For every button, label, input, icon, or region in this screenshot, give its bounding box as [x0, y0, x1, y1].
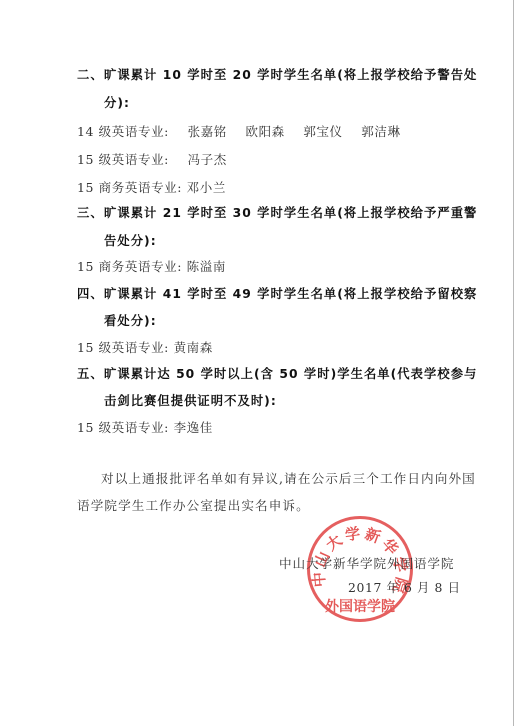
list-item: 15 级英语专业: 冯子杰 — [77, 152, 241, 168]
list-item: 15 商务英语专业: 陈溢南 — [77, 259, 226, 275]
major-label: 15 商务英语专业: — [77, 180, 182, 195]
major-label: 15 级英语专业: — [77, 152, 169, 167]
major-label: 15 商务英语专业: — [77, 259, 182, 274]
section-heading: 旷课累计 10 学时至 20 学时学生名单(将上报学校给予警告处 — [104, 67, 477, 83]
major-label: 15 级英语专业: — [77, 420, 169, 435]
student-name: 陈溢南 — [187, 259, 226, 274]
section-heading-cont: 看处分): — [104, 313, 157, 329]
student-name: 张嘉铭 — [188, 124, 227, 139]
student-name: 郭洁琳 — [361, 124, 400, 139]
student-name: 黄南森 — [174, 340, 213, 355]
section-number: 四、 — [77, 286, 104, 302]
list-item: 14 级英语专业: 张嘉铭 欧阳森 郭宝仪 郭洁琳 — [77, 124, 415, 140]
notice-line-1: 对以上通报批评名单如有异议,请在公示后三个工作日内向外国 — [101, 471, 476, 487]
notice-line-2: 语学院学生工作办公室提出实名申诉。 — [77, 498, 310, 514]
student-name: 李逸佳 — [174, 420, 213, 435]
section-heading-cont: 分): — [104, 95, 130, 111]
major-label: 14 级英语专业: — [77, 124, 169, 139]
section-heading-cont: 击剑比赛但提供证明不及时): — [104, 393, 277, 409]
section-number: 二、 — [77, 67, 104, 83]
section-number: 五、 — [77, 366, 104, 382]
major-label: 15 级英语专业: — [77, 340, 169, 355]
signature-org: 中山大学新华学院外国语学院 — [279, 556, 454, 572]
list-item: 15 商务英语专业: 邓小兰 — [77, 180, 226, 196]
seal-bottom-text: 外国语学院 — [310, 596, 410, 616]
student-name: 欧阳森 — [245, 124, 284, 139]
list-item: 15 级英语专业: 黄南森 — [77, 340, 213, 356]
section-heading: 旷课累计达 50 学时以上(含 50 学时)学生名单(代表学校参与 — [104, 366, 477, 382]
student-name: 郭宝仪 — [303, 124, 342, 139]
student-name: 邓小兰 — [187, 180, 226, 195]
section-number: 三、 — [77, 205, 104, 221]
list-item: 15 级英语专业: 李逸佳 — [77, 420, 213, 436]
student-name: 冯子杰 — [188, 152, 227, 167]
section-heading: 旷课累计 41 学时至 49 学时学生名单(将上报学校给予留校察 — [104, 286, 477, 302]
section-heading-cont: 告处分): — [104, 233, 157, 249]
section-heading: 旷课累计 21 学时至 30 学时学生名单(将上报学校给予严重警 — [104, 205, 477, 221]
signature-date: 2017 年 6 月 8 日 — [348, 580, 461, 596]
